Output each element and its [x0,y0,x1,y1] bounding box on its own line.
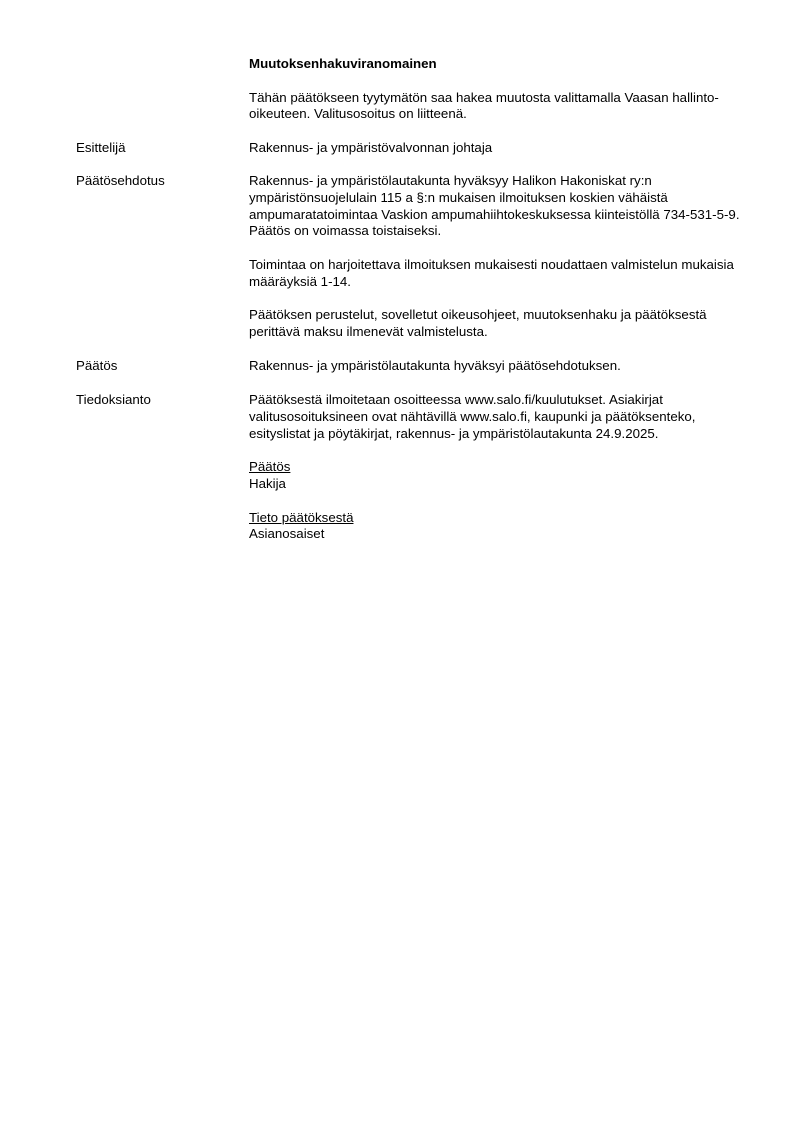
recipient-heading: Tieto päätöksestä [249,510,741,527]
appeal-text: Tähän päätökseen tyytymätön saa hakea mu… [249,90,741,124]
document-page: Muutoksenhakuviranomainen Tähän päätökse… [0,0,794,1122]
recipient-block-info: Tieto päätöksestä Asianosaiset [249,510,741,544]
recipient-value: Hakija [249,476,741,493]
proposal-paragraph: Rakennus- ja ympäristölautakunta hyväksy… [249,173,741,240]
decision-value: Rakennus- ja ympäristölautakunta hyväksy… [249,358,741,375]
notification-content: Päätöksestä ilmoitetaan osoitteessa www.… [249,392,741,543]
proposal-paragraph: Päätöksen perustelut, sovelletut oikeuso… [249,307,741,341]
proposal-content: Rakennus- ja ympäristölautakunta hyväksy… [249,173,741,341]
presenter-value: Rakennus- ja ympäristövalvonnan johtaja [249,140,741,157]
appeal-content: Muutoksenhakuviranomainen Tähän päätökse… [249,56,741,123]
proposal-paragraph: Toimintaa on harjoitettava ilmoituksen m… [249,257,741,291]
decision-label: Päätös [76,358,246,375]
recipient-value: Asianosaiset [249,526,741,543]
notification-text: Päätöksestä ilmoitetaan osoitteessa www.… [249,392,741,442]
proposal-label: Päätösehdotus [76,173,246,190]
presenter-label: Esittelijä [76,140,246,157]
recipient-block-decision: Päätös Hakija [249,459,741,493]
appeal-heading: Muutoksenhakuviranomainen [249,56,741,73]
notification-label: Tiedoksianto [76,392,246,409]
recipient-heading: Päätös [249,459,741,476]
